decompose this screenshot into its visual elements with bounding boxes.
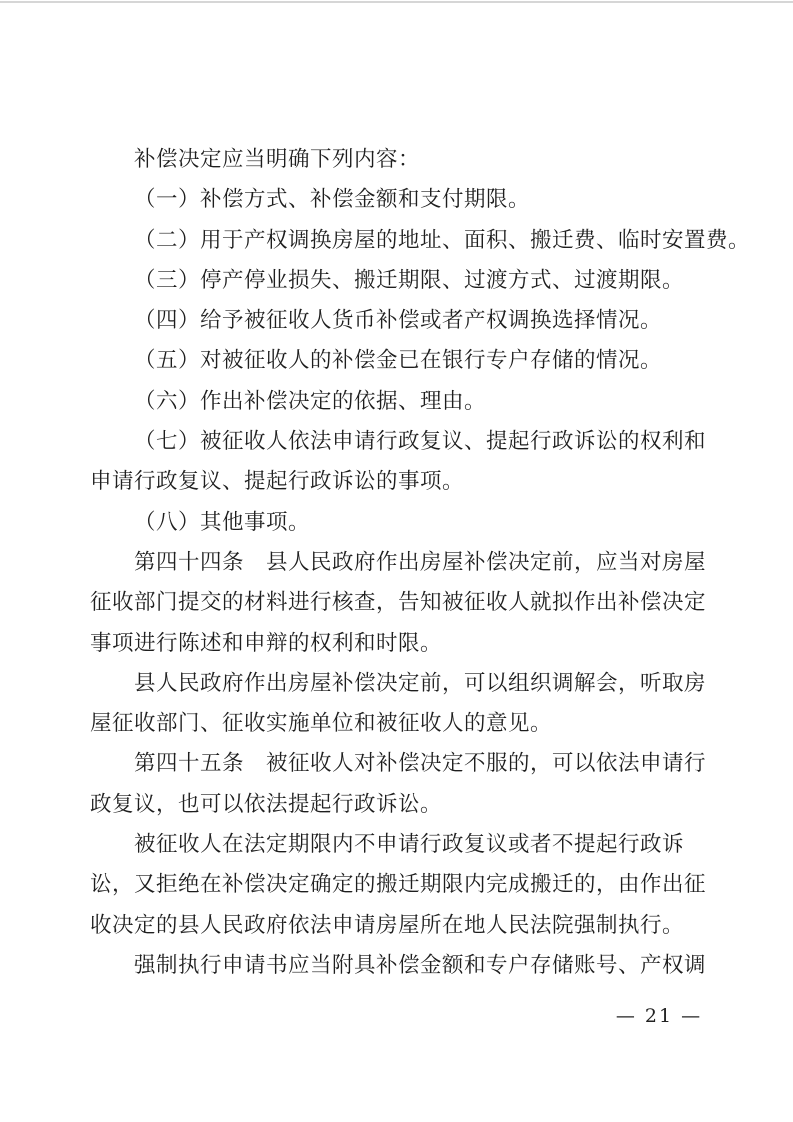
text-line: （八）其他事项。 (90, 503, 722, 543)
text-line: 征收部门提交的材料进行核查，告知被征收人就拟作出补偿决定 (90, 583, 722, 623)
page-number: — 21 — (588, 1002, 730, 1030)
text-line: 讼，又拒绝在补偿决定确定的搬迁期限内完成搬迁的，由作出征 (90, 865, 722, 905)
text-line: 屋征收部门、征收实施单位和被征收人的意见。 (90, 704, 722, 744)
text-line: （七）被征收人依法申请行政复议、提起行政诉讼的权利和 (90, 422, 722, 462)
text-line: 强制执行申请书应当附具补偿金额和专户存储账号、产权调 (90, 946, 722, 986)
text-line: （六）作出补偿决定的依据、理由。 (90, 382, 722, 422)
text-line: （二）用于产权调换房屋的地址、面积、搬迁费、临时安置费。 (90, 221, 722, 261)
text-line: 被征收人在法定期限内不申请行政复议或者不提起行政诉 (90, 825, 722, 865)
text-line: 申请行政复议、提起行政诉讼的事项。 (90, 462, 722, 502)
text-line: 县人民政府作出房屋补偿决定前，可以组织调解会，听取房 (90, 664, 722, 704)
document-body: 补偿决定应当明确下列内容：（一）补偿方式、补偿金额和支付期限。（二）用于产权调换… (90, 140, 722, 986)
text-line: 收决定的县人民政府依法申请房屋所在地人民法院强制执行。 (90, 906, 722, 946)
text-line: （五）对被征收人的补偿金已在银行专户存储的情况。 (90, 341, 722, 381)
scanned-document-page: { "page": { "background": "#ffffff", "te… (0, 0, 793, 1122)
text-line: 第四十五条 被征收人对补偿决定不服的，可以依法申请行 (90, 744, 722, 784)
scan-edge-artifact (0, 1, 793, 3)
text-line: 事项进行陈述和申辩的权利和时限。 (90, 624, 722, 664)
text-line: 第四十四条 县人民政府作出房屋补偿决定前，应当对房屋 (90, 543, 722, 583)
text-line: （一）补偿方式、补偿金额和支付期限。 (90, 180, 722, 220)
text-line: （三）停产停业损失、搬迁期限、过渡方式、过渡期限。 (90, 261, 722, 301)
text-line: 补偿决定应当明确下列内容： (90, 140, 722, 180)
text-line: 政复议，也可以依法提起行政诉讼。 (90, 785, 722, 825)
text-line: （四）给予被征收人货币补偿或者产权调换选择情况。 (90, 301, 722, 341)
